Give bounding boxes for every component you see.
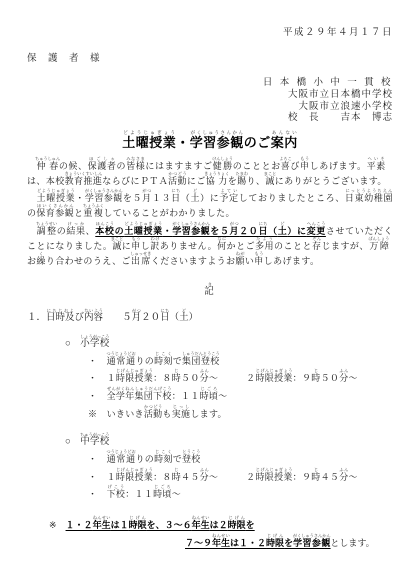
elementary-bullet-periods: ・ １時限授業じげんじゅぎょう：８時じ５０分ふん～ ２時限授業じげんじゅぎょう：…: [88, 368, 393, 386]
observation-footnote: ※ １・２年生ねんせいは１時限じげんを、３～６年生ねんせいは２時限じげんを ７～…: [27, 515, 393, 550]
sender-school-group: 日 本 橋 小 中 一 貫 校: [27, 78, 393, 90]
elementary-heading: ○ 小学校しょうがっこう: [65, 334, 393, 351]
recipient-line: 保 護 者 様: [27, 50, 393, 64]
letter-page: 平成２９年４月１７日 保 護 者 様 日 本 橋 小 中 一 貫 校 大阪市立日…: [0, 0, 420, 572]
paragraph-greeting: 仲春ちゅうしゅんの候、保護者ほごしゃの皆様みなさまにはますますご健勝けんしょうの…: [27, 156, 393, 188]
paragraph-date-change-notice: 調整ちょうせいの結果けっか、本校ほんこうの土曜授業どようじゅぎょう・学習参観がく…: [27, 221, 393, 268]
elementary-note-ikiiki: ※ いきいき活動かつどうも実施じっしします。: [88, 404, 393, 422]
schedule-heading: １．日時及にちじおよび内容ないよう ５月がつ２０日にち（土ど）: [27, 308, 393, 323]
sender-elementary-school: 大阪市立浪速小学校: [27, 102, 393, 114]
record-marker: 記き: [27, 282, 393, 297]
junior-high-section: ○ 中学校ちゅうがっこう ・ 通常通つうじょうどおりの時刻じこくで登校とうこう …: [27, 432, 393, 502]
junior-high-heading: ○ 中学校ちゅうがっこう: [65, 432, 393, 449]
elementary-school-section: ○ 小学校しょうがっこう ・ 通常通つうじょうどおりの時刻じこくで集団登校しゅう…: [27, 334, 393, 421]
paragraph-original-schedule: 土曜授業どようじゅぎょう・学習参観がくしゅうさんかんを５月がつ１３日にち（土ど）…: [27, 188, 393, 220]
junior-bullet-arrival: ・ 通常通つうじょうどおりの時刻じこくで登校とうこう: [88, 449, 393, 467]
junior-bullet-dismissal: ・ 下校げこう：１１時頃じごろ～: [88, 484, 393, 502]
sender-principal-name: 校 長 吉本 博志: [27, 113, 393, 125]
footnote-line-2: ７～９年生ねんせいは１・２時限じげんを学習参観がくしゅうさんかんとします。: [185, 533, 393, 551]
elementary-bullet-dismissal: ・ 全学年集団下校ぜんがくねんしゅうだんげこう：１１時頃じごろ～: [88, 386, 393, 404]
sender-block: 日 本 橋 小 中 一 貫 校 大阪市立日本橋中学校 大阪市立浪速小学校 校 長…: [27, 78, 393, 125]
footnote-line-1: ※ １・２年生ねんせいは１時限じげんを、３～６年生ねんせいは２時限じげんを: [49, 515, 393, 533]
document-title: 土曜授業どようじゅぎょう・学習参観がくしゅうさんかんのご案内あんない: [27, 130, 393, 151]
junior-bullet-periods: ・ １時限授業じげんじゅぎょう：８時じ４５分ふん～ ２時限授業じげんじゅぎょう：…: [88, 467, 393, 485]
sender-junior-high-school: 大阪市立日本橋中学校: [27, 90, 393, 102]
elementary-bullet-arrival: ・ 通常通つうじょうどおりの時刻じこくで集団登校しゅうだんとうこう: [88, 351, 393, 369]
issue-date: 平成２９年４月１７日: [27, 24, 393, 38]
